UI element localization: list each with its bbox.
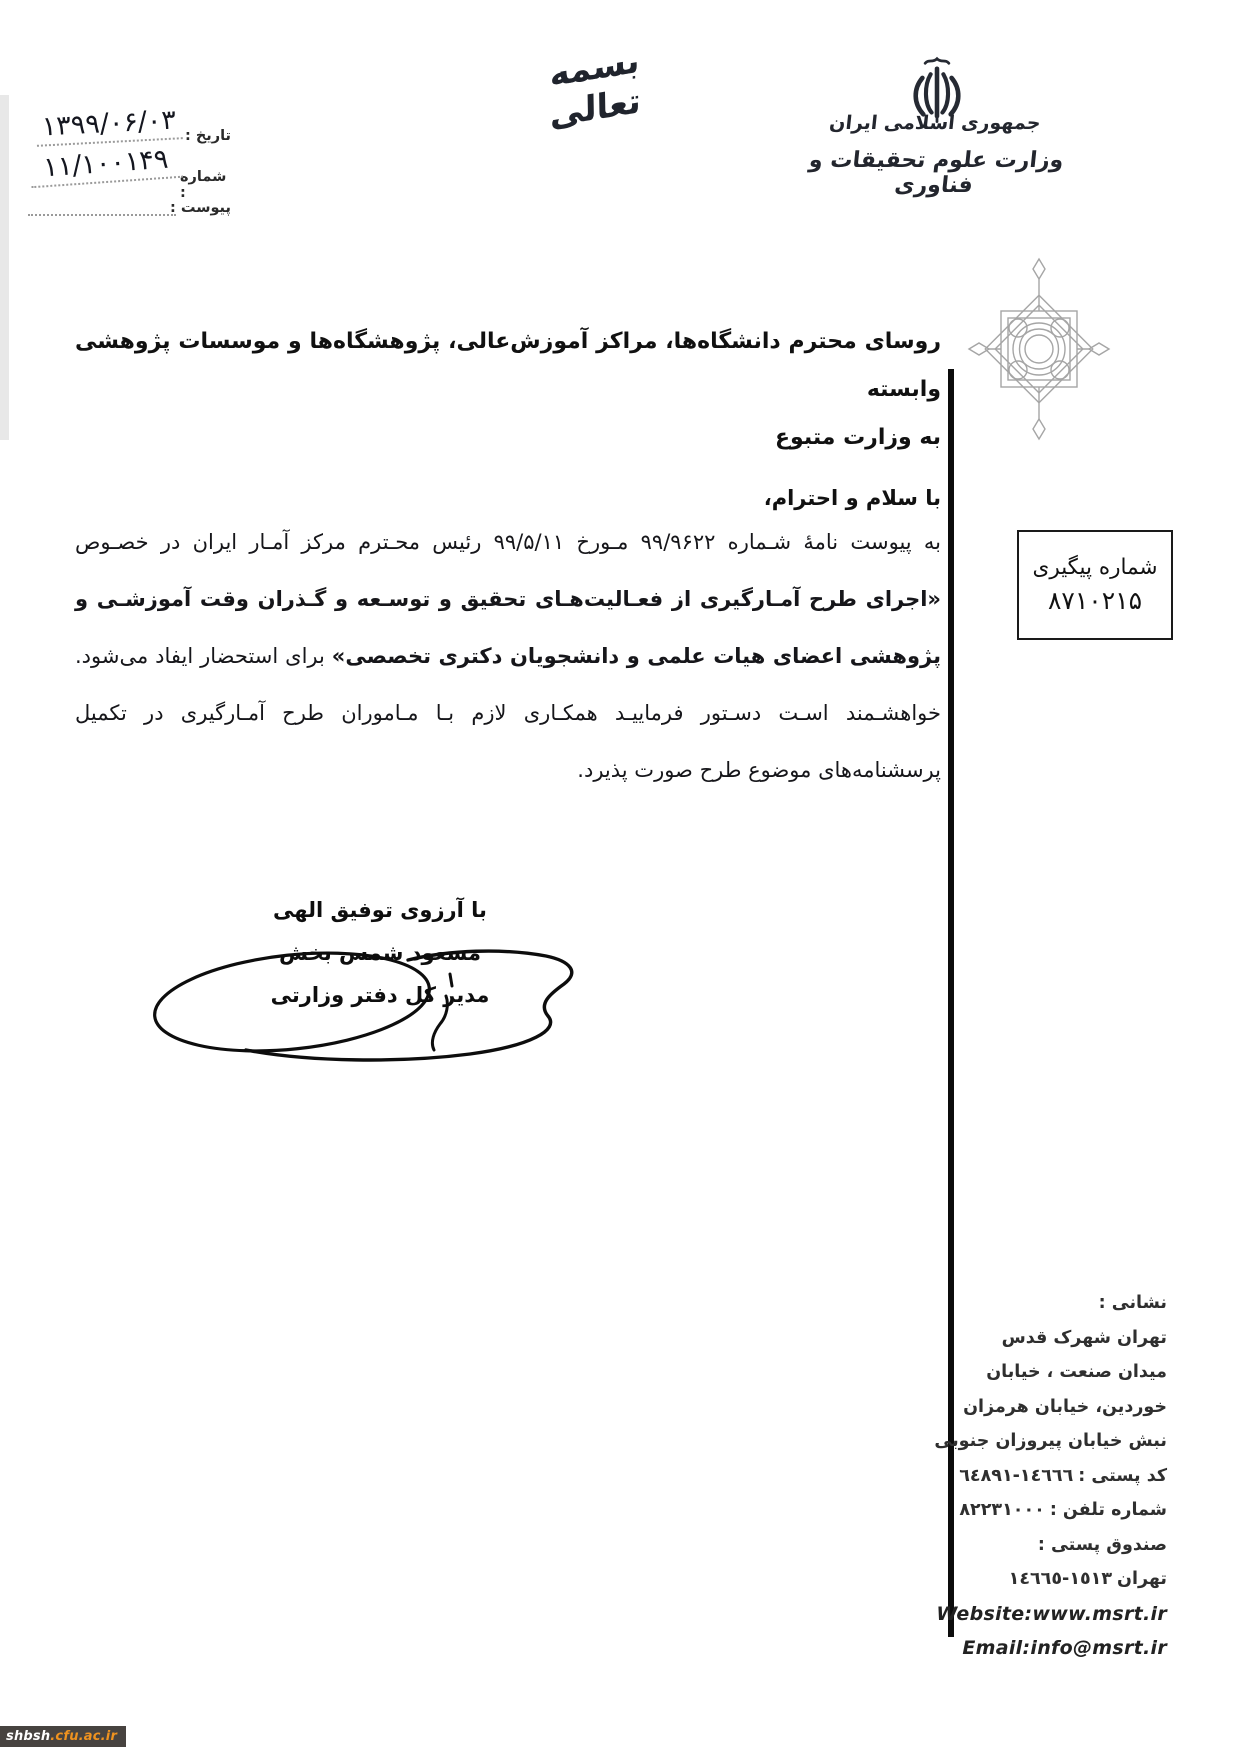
salutation: با سلام و احترام، (75, 486, 941, 510)
watermark-site-bold: shbsh (6, 1729, 50, 1744)
address-line: تهران١٥١٣-١٤٦٦٥ (867, 1562, 1167, 1597)
watermark-badge: shbsh.cfu.ac.ir (0, 1726, 126, 1747)
gov-name: جمهوری اسلامی ایران (819, 112, 1051, 134)
address-line: میدان صنعت ، خیابان (867, 1355, 1167, 1390)
body-text-regular-1: به پیوست نامۀ شـماره ۹۹/۹۶۲۲ مـورخ ۹۹/۵/… (75, 530, 941, 554)
addressee: روسای محترم دانشگاه‌ها، مراکز آموزش‌عالی… (75, 318, 941, 462)
scan-artifact (0, 95, 9, 440)
address-line: شماره تلفن :٨٢٢٣١٠٠٠ (867, 1493, 1167, 1528)
address-line: نبش خیابان پیروزان جنوبی (867, 1424, 1167, 1459)
tracking-box: شماره پیگیری ۸۷۱۰۲۱۵ (1017, 530, 1173, 640)
date-value: ۱۳۹۹/۰۶/۰۳ (35, 104, 183, 147)
address-line: Email:info@msrt.ir (867, 1631, 1167, 1666)
address-line: تهران شهرک قدس (867, 1321, 1167, 1356)
tracking-number: ۸۷۱۰۲۱۵ (1048, 586, 1142, 615)
date-label: تاریخ : (185, 128, 237, 144)
number-label: شماره : (180, 169, 237, 201)
number-value: ۱۱/۱۰۰۱۴۹ (29, 143, 183, 189)
signature-scribble (150, 912, 590, 1077)
address-line: کد پستی :١٤٦٦٦-٦٤٨٩١ (867, 1459, 1167, 1494)
letter-page: بسمه تعالی جمهوری اسلامی ایران وزارت علو… (0, 0, 1239, 1754)
addressee-line-2: به وزارت متبوع (75, 414, 941, 462)
watermark-site-rest: .cfu.ac.ir (50, 1729, 117, 1744)
address-line: Website:www.msrt.ir (867, 1597, 1167, 1632)
body-paragraph: به پیوست نامۀ شـماره ۹۹/۹۶۲۲ مـورخ ۹۹/۵/… (75, 514, 941, 799)
tracking-label: شماره پیگیری (1033, 555, 1158, 580)
address-line: خوردین، خیابان هرمزان (867, 1390, 1167, 1425)
ministry-name: وزارت علوم تحقیقات و فناوری (787, 148, 1082, 198)
bismillah-calligraphy: بسمه تعالی (505, 34, 684, 143)
address-line: صندوق پستی : (867, 1528, 1167, 1563)
addressee-line-1: روسای محترم دانشگاه‌ها، مراکز آموزش‌عالی… (75, 318, 941, 414)
address-line: نشانی : (867, 1286, 1167, 1321)
address-block: نشانی :تهران شهرک قدسمیدان صنعت ، خیابان… (867, 1286, 1167, 1666)
attachment-label: پیوست : (170, 200, 237, 216)
attachment-dotted-line (28, 214, 176, 216)
ornament-medallion-icon (962, 253, 1115, 445)
